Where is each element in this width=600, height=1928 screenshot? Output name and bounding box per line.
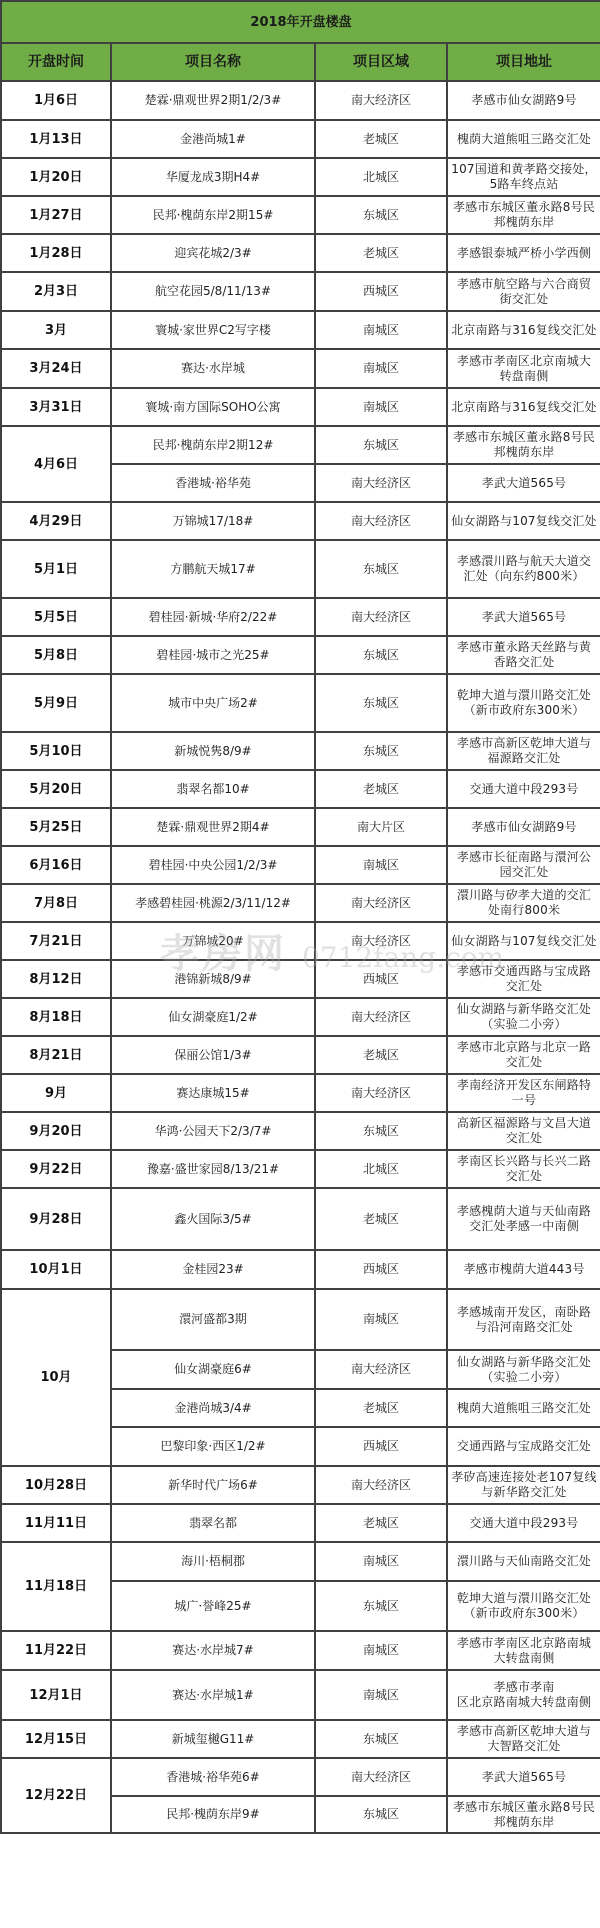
cell-open-date: 5月25日 [1, 808, 111, 846]
cell-project-name: 金港尚城1# [111, 120, 315, 158]
cell-project-area: 南大经济区 [315, 464, 447, 502]
table-row: 5月1日方鹏航天城17#东城区孝感澴川路与航天大道交汇处（向东约800米） [1, 540, 600, 598]
cell-project-name: 碧桂园·城市之光25# [111, 636, 315, 674]
cell-open-date: 9月22日 [1, 1150, 111, 1188]
cell-project-name: 孝感碧桂园·桃源2/3/11/12# [111, 884, 315, 922]
cell-project-name: 寰城·家世界C2写字楼 [111, 311, 315, 349]
table-row: 5月8日碧桂园·城市之光25#东城区孝感市董永路天丝路与黄香路交汇处 [1, 636, 600, 674]
cell-open-date: 2月3日 [1, 272, 111, 311]
cell-project-address: 孝武大道565号 [447, 598, 600, 636]
cell-project-name: 寰城·南方国际SOHO公寓 [111, 388, 315, 426]
cell-open-date: 8月12日 [1, 960, 111, 998]
cell-project-address: 孝感市仙女湖路9号 [447, 808, 600, 846]
cell-project-area: 南大经济区 [315, 998, 447, 1036]
cell-project-address: 107国道和黄孝路交接处，5路车终点站 [447, 158, 600, 196]
cell-open-date: 1月20日 [1, 158, 111, 196]
table-row: 11月22日赛达·水岸城7#南城区孝感市孝南区北京路南城大转盘南侧 [1, 1631, 600, 1670]
cell-project-area: 老城区 [315, 234, 447, 272]
cell-project-area: 东城区 [315, 1720, 447, 1758]
cell-project-name: 民邦·槐荫东岸2期12# [111, 426, 315, 464]
cell-open-date: 11月18日 [1, 1542, 111, 1631]
cell-project-address: 仙女湖路与新华路交汇处（实验二小旁） [447, 1350, 600, 1389]
cell-project-address: 仙女湖路与107复线交汇处 [447, 922, 600, 960]
table-row: 7月8日孝感碧桂园·桃源2/3/11/12#南大经济区澴川路与矽孝大道的交汇处南… [1, 884, 600, 922]
cell-project-area: 东城区 [315, 196, 447, 234]
cell-project-name: 保丽公馆1/3# [111, 1036, 315, 1074]
table-row: 9月赛达康城15#南大经济区孝南经济开发区东闸路特一号 [1, 1074, 600, 1112]
cell-project-address: 澴川路与天仙南路交汇处 [447, 1542, 600, 1581]
table-row: 10月28日新华时代广场6#南大经济区孝矽高速连接处老107复线与新华路交汇处 [1, 1466, 600, 1504]
cell-open-date: 4月29日 [1, 502, 111, 540]
page: 2018年开盘楼盘 开盘时间 项目名称 项目区域 项目地址 1月6日楚霖·鼎观世… [0, 0, 600, 1834]
cell-project-area: 北城区 [315, 1150, 447, 1188]
cell-project-address: 交通大道中段293号 [447, 1504, 600, 1542]
cell-project-name: 方鹏航天城17# [111, 540, 315, 598]
cell-project-name: 仙女湖豪庭1/2# [111, 998, 315, 1036]
cell-project-area: 老城区 [315, 1188, 447, 1250]
cell-project-address: 槐荫大道熊咀三路交汇处 [447, 1389, 600, 1427]
table-row: 10月澴河盛都3期南城区孝感城南开发区，南卧路与沿河南路交汇处 [1, 1289, 600, 1350]
cell-open-date: 5月1日 [1, 540, 111, 598]
table-row: 10月1日金桂园23#西城区孝感市槐荫大道443号 [1, 1250, 600, 1289]
cell-project-area: 南城区 [315, 1631, 447, 1670]
cell-project-address: 孝感市槐荫大道443号 [447, 1250, 600, 1289]
cell-project-name: 华鸿·公园天下2/3/7# [111, 1112, 315, 1150]
cell-project-area: 南大经济区 [315, 1758, 447, 1796]
cell-project-address: 乾坤大道与澴川路交汇处（新市政府东300米） [447, 1581, 600, 1631]
cell-open-date: 11月11日 [1, 1504, 111, 1542]
cell-project-address: 孝感市董永路天丝路与黄香路交汇处 [447, 636, 600, 674]
table-row: 11月18日海川·梧桐郡南城区澴川路与天仙南路交汇处 [1, 1542, 600, 1581]
cell-project-name: 赛达·水岸城7# [111, 1631, 315, 1670]
table-row: 1月27日民邦·槐荫东岸2期15#东城区孝感市东城区董永路8号民邦槐荫东岸 [1, 196, 600, 234]
table-row: 8月12日港锦新城8/9#西城区孝感市交通西路与宝成路交汇处 [1, 960, 600, 998]
cell-project-area: 东城区 [315, 426, 447, 464]
cell-project-area: 东城区 [315, 674, 447, 732]
cell-project-name: 赛达·水岸城 [111, 349, 315, 388]
cell-project-area: 北城区 [315, 158, 447, 196]
table-row: 5月9日城市中央广场2#东城区乾坤大道与澴川路交汇处（新市政府东300米） [1, 674, 600, 732]
cell-project-address: 澴川路与矽孝大道的交汇处南行800米 [447, 884, 600, 922]
cell-project-area: 西城区 [315, 272, 447, 311]
cell-project-area: 南大经济区 [315, 1350, 447, 1389]
table-title: 2018年开盘楼盘 [1, 1, 600, 43]
cell-open-date: 8月18日 [1, 998, 111, 1036]
table-row: 11月11日翡翠名都老城区交通大道中段293号 [1, 1504, 600, 1542]
cell-project-name: 碧桂园·中央公园1/2/3# [111, 846, 315, 884]
cell-open-date: 9月20日 [1, 1112, 111, 1150]
cell-project-address: 孝感市长征南路与澴河公园交汇处 [447, 846, 600, 884]
cell-project-area: 南大经济区 [315, 81, 447, 120]
cell-project-address: 孝感市东城区董永路8号民邦槐荫东岸 [447, 196, 600, 234]
cell-project-area: 老城区 [315, 770, 447, 808]
cell-project-name: 航空花园5/8/11/13# [111, 272, 315, 311]
cell-project-area: 南城区 [315, 1670, 447, 1720]
cell-project-area: 南城区 [315, 1289, 447, 1350]
cell-project-name: 碧桂园·新城·华府2/22# [111, 598, 315, 636]
cell-open-date: 5月10日 [1, 732, 111, 770]
cell-project-area: 西城区 [315, 1427, 447, 1466]
cell-project-name: 澴河盛都3期 [111, 1289, 315, 1350]
cell-project-name: 迎宾花城2/3# [111, 234, 315, 272]
cell-open-date: 1月27日 [1, 196, 111, 234]
cell-open-date: 3月24日 [1, 349, 111, 388]
cell-project-name: 香港城·裕华苑6# [111, 1758, 315, 1796]
cell-project-area: 东城区 [315, 540, 447, 598]
cell-project-area: 南大经济区 [315, 1074, 447, 1112]
table-row: 1月28日迎宾花城2/3#老城区孝感银泰城严桥小学西侧 [1, 234, 600, 272]
cell-project-address: 孝感市高新区乾坤大道与大智路交汇处 [447, 1720, 600, 1758]
cell-open-date: 12月1日 [1, 1670, 111, 1720]
table-row: 12月1日赛达·水岸城1#南城区孝感市孝南区北京路南城大转盘南侧 [1, 1670, 600, 1720]
cell-project-name: 赛达康城15# [111, 1074, 315, 1112]
cell-open-date: 10月1日 [1, 1250, 111, 1289]
table-header-row: 开盘时间 项目名称 项目区域 项目地址 [1, 43, 600, 81]
cell-project-address: 孝武大道565号 [447, 464, 600, 502]
cell-project-area: 东城区 [315, 1581, 447, 1631]
table-row: 12月15日新城玺樾G11#东城区孝感市高新区乾坤大道与大智路交汇处 [1, 1720, 600, 1758]
cell-project-address: 孝南经济开发区东闸路特一号 [447, 1074, 600, 1112]
cell-project-area: 南城区 [315, 388, 447, 426]
table-row: 5月10日新城悦隽8/9#东城区孝感市高新区乾坤大道与福源路交汇处 [1, 732, 600, 770]
cell-project-address: 孝感市孝南区北京路南城大转盘南侧 [447, 1631, 600, 1670]
cell-project-address: 孝感市孝南区北京路南城大转盘南侧 [447, 1670, 600, 1720]
cell-project-address: 孝南区长兴路与长兴二路交汇处 [447, 1150, 600, 1188]
cell-project-name: 万锦城20# [111, 922, 315, 960]
cell-project-area: 西城区 [315, 1250, 447, 1289]
cell-project-area: 南城区 [315, 349, 447, 388]
cell-project-address: 孝感市高新区乾坤大道与福源路交汇处 [447, 732, 600, 770]
cell-project-area: 南大经济区 [315, 922, 447, 960]
cell-project-area: 南城区 [315, 311, 447, 349]
table-row: 5月5日碧桂园·新城·华府2/22#南大经济区孝武大道565号 [1, 598, 600, 636]
cell-open-date: 10月28日 [1, 1466, 111, 1504]
cell-project-name: 民邦·槐荫东岸9# [111, 1796, 315, 1833]
table-row: 12月22日香港城·裕华苑6#南大经济区孝武大道565号 [1, 1758, 600, 1796]
cell-project-address: 交通西路与宝成路交汇处 [447, 1427, 600, 1466]
cell-project-address: 孝感银泰城严桥小学西侧 [447, 234, 600, 272]
cell-project-name: 金桂园23# [111, 1250, 315, 1289]
cell-project-area: 南大经济区 [315, 884, 447, 922]
cell-open-date: 3月 [1, 311, 111, 349]
cell-project-address: 孝感市北京路与北京一路交汇处 [447, 1036, 600, 1074]
cell-project-address: 乾坤大道与澴川路交汇处（新市政府东300米） [447, 674, 600, 732]
table-row: 2月3日航空花园5/8/11/13#西城区孝感市航空路与六合商贸街交汇处 [1, 272, 600, 311]
cell-project-name: 赛达·水岸城1# [111, 1670, 315, 1720]
cell-project-name: 万锦城17/18# [111, 502, 315, 540]
cell-project-name: 海川·梧桐郡 [111, 1542, 315, 1581]
table-row: 3月24日赛达·水岸城南城区孝感市孝南区北京南城大转盘南侧 [1, 349, 600, 388]
cell-project-name: 香港城·裕华苑 [111, 464, 315, 502]
cell-open-date: 1月6日 [1, 81, 111, 120]
cell-open-date: 7月21日 [1, 922, 111, 960]
column-header-address: 项目地址 [447, 43, 600, 81]
cell-project-area: 南大经济区 [315, 598, 447, 636]
cell-project-address: 孝感市仙女湖路9号 [447, 81, 600, 120]
cell-open-date: 9月 [1, 1074, 111, 1112]
cell-project-address: 孝感槐荫大道与天仙南路交汇处孝感一中南侧 [447, 1188, 600, 1250]
table-row: 4月6日民邦·槐荫东岸2期12#东城区孝感市东城区董永路8号民邦槐荫东岸 [1, 426, 600, 464]
table-row: 4月29日万锦城17/18#南大经济区仙女湖路与107复线交汇处 [1, 502, 600, 540]
cell-project-area: 东城区 [315, 1796, 447, 1833]
cell-project-name: 鑫火国际3/5# [111, 1188, 315, 1250]
cell-project-area: 老城区 [315, 120, 447, 158]
cell-project-area: 南大片区 [315, 808, 447, 846]
cell-project-area: 西城区 [315, 960, 447, 998]
cell-project-area: 东城区 [315, 732, 447, 770]
cell-project-name: 新城悦隽8/9# [111, 732, 315, 770]
cell-project-name: 翡翠名都10# [111, 770, 315, 808]
cell-project-area: 老城区 [315, 1036, 447, 1074]
table-row: 5月25日楚霖·鼎观世界2期4#南大片区孝感市仙女湖路9号 [1, 808, 600, 846]
cell-open-date: 5月9日 [1, 674, 111, 732]
cell-project-area: 南城区 [315, 846, 447, 884]
cell-project-name: 楚霖·鼎观世界2期1/2/3# [111, 81, 315, 120]
cell-project-address: 高新区福源路与文昌大道交汇处 [447, 1112, 600, 1150]
cell-project-address: 孝感市交通西路与宝成路交汇处 [447, 960, 600, 998]
cell-project-address: 北京南路与316复线交汇处 [447, 388, 600, 426]
cell-project-address: 仙女湖路与107复线交汇处 [447, 502, 600, 540]
cell-project-area: 老城区 [315, 1389, 447, 1427]
cell-project-area: 老城区 [315, 1504, 447, 1542]
table-row: 1月6日楚霖·鼎观世界2期1/2/3#南大经济区孝感市仙女湖路9号 [1, 81, 600, 120]
cell-project-area: 南大经济区 [315, 502, 447, 540]
cell-open-date: 11月22日 [1, 1631, 111, 1670]
cell-project-name: 城市中央广场2# [111, 674, 315, 732]
cell-open-date: 5月20日 [1, 770, 111, 808]
cell-open-date: 5月8日 [1, 636, 111, 674]
table-row: 1月13日金港尚城1#老城区槐荫大道熊咀三路交汇处 [1, 120, 600, 158]
cell-open-date: 12月15日 [1, 1720, 111, 1758]
cell-open-date: 3月31日 [1, 388, 111, 426]
cell-project-address: 孝武大道565号 [447, 1758, 600, 1796]
table-row: 8月21日保丽公馆1/3#老城区孝感市北京路与北京一路交汇处 [1, 1036, 600, 1074]
table-row: 3月31日寰城·南方国际SOHO公寓南城区北京南路与316复线交汇处 [1, 388, 600, 426]
cell-project-name: 民邦·槐荫东岸2期15# [111, 196, 315, 234]
cell-project-address: 仙女湖路与新华路交汇处（实验二小旁） [447, 998, 600, 1036]
cell-open-date: 5月5日 [1, 598, 111, 636]
table-row: 9月20日华鸿·公园天下2/3/7#东城区高新区福源路与文昌大道交汇处 [1, 1112, 600, 1150]
cell-project-name: 新华时代广场6# [111, 1466, 315, 1504]
cell-project-name: 华厦龙成3期H4# [111, 158, 315, 196]
table-row: 7月21日万锦城20#南大经济区仙女湖路与107复线交汇处 [1, 922, 600, 960]
cell-project-address: 孝感市东城区董永路8号民邦槐荫东岸 [447, 1796, 600, 1833]
cell-project-address: 孝感澴川路与航天大道交汇处（向东约800米） [447, 540, 600, 598]
column-header-area: 项目区域 [315, 43, 447, 81]
cell-project-area: 南城区 [315, 1542, 447, 1581]
table-row: 3月寰城·家世界C2写字楼南城区北京南路与316复线交汇处 [1, 311, 600, 349]
listing-table: 2018年开盘楼盘 开盘时间 项目名称 项目区域 项目地址 1月6日楚霖·鼎观世… [0, 0, 600, 1834]
cell-project-name: 豫嘉·盛世家园8/13/21# [111, 1150, 315, 1188]
cell-project-name: 城广·誉峰25# [111, 1581, 315, 1631]
table-row: 9月22日豫嘉·盛世家园8/13/21#北城区孝南区长兴路与长兴二路交汇处 [1, 1150, 600, 1188]
table-row: 5月20日翡翠名都10#老城区交通大道中段293号 [1, 770, 600, 808]
cell-project-area: 东城区 [315, 636, 447, 674]
column-header-date: 开盘时间 [1, 43, 111, 81]
cell-project-address: 槐荫大道熊咀三路交汇处 [447, 120, 600, 158]
cell-project-address: 孝感市东城区董永路8号民邦槐荫东岸 [447, 426, 600, 464]
cell-project-name: 新城玺樾G11# [111, 1720, 315, 1758]
cell-project-area: 东城区 [315, 1112, 447, 1150]
cell-project-name: 楚霖·鼎观世界2期4# [111, 808, 315, 846]
cell-project-address: 孝感市孝南区北京南城大转盘南侧 [447, 349, 600, 388]
cell-project-name: 巴黎印象·西区1/2# [111, 1427, 315, 1466]
cell-open-date: 9月28日 [1, 1188, 111, 1250]
cell-project-address: 孝矽高速连接处老107复线与新华路交汇处 [447, 1466, 600, 1504]
cell-open-date: 12月22日 [1, 1758, 111, 1833]
table-body: 1月6日楚霖·鼎观世界2期1/2/3#南大经济区孝感市仙女湖路9号1月13日金港… [1, 81, 600, 1833]
cell-project-address: 交通大道中段293号 [447, 770, 600, 808]
table-row: 6月16日碧桂园·中央公园1/2/3#南城区孝感市长征南路与澴河公园交汇处 [1, 846, 600, 884]
cell-open-date: 8月21日 [1, 1036, 111, 1074]
cell-open-date: 10月 [1, 1289, 111, 1466]
cell-open-date: 4月6日 [1, 426, 111, 502]
cell-project-address: 孝感市航空路与六合商贸街交汇处 [447, 272, 600, 311]
cell-project-name: 翡翠名都 [111, 1504, 315, 1542]
cell-open-date: 6月16日 [1, 846, 111, 884]
cell-project-name: 港锦新城8/9# [111, 960, 315, 998]
cell-open-date: 1月13日 [1, 120, 111, 158]
table-title-row: 2018年开盘楼盘 [1, 1, 600, 43]
cell-project-address: 北京南路与316复线交汇处 [447, 311, 600, 349]
column-header-name: 项目名称 [111, 43, 315, 81]
cell-project-area: 南大经济区 [315, 1466, 447, 1504]
table-row: 1月20日华厦龙成3期H4#北城区107国道和黄孝路交接处，5路车终点站 [1, 158, 600, 196]
cell-project-name: 金港尚城3/4# [111, 1389, 315, 1427]
table-row: 8月18日仙女湖豪庭1/2#南大经济区仙女湖路与新华路交汇处（实验二小旁） [1, 998, 600, 1036]
cell-project-name: 仙女湖豪庭6# [111, 1350, 315, 1389]
table-row: 9月28日鑫火国际3/5#老城区孝感槐荫大道与天仙南路交汇处孝感一中南侧 [1, 1188, 600, 1250]
cell-open-date: 1月28日 [1, 234, 111, 272]
cell-open-date: 7月8日 [1, 884, 111, 922]
cell-project-address: 孝感城南开发区，南卧路与沿河南路交汇处 [447, 1289, 600, 1350]
